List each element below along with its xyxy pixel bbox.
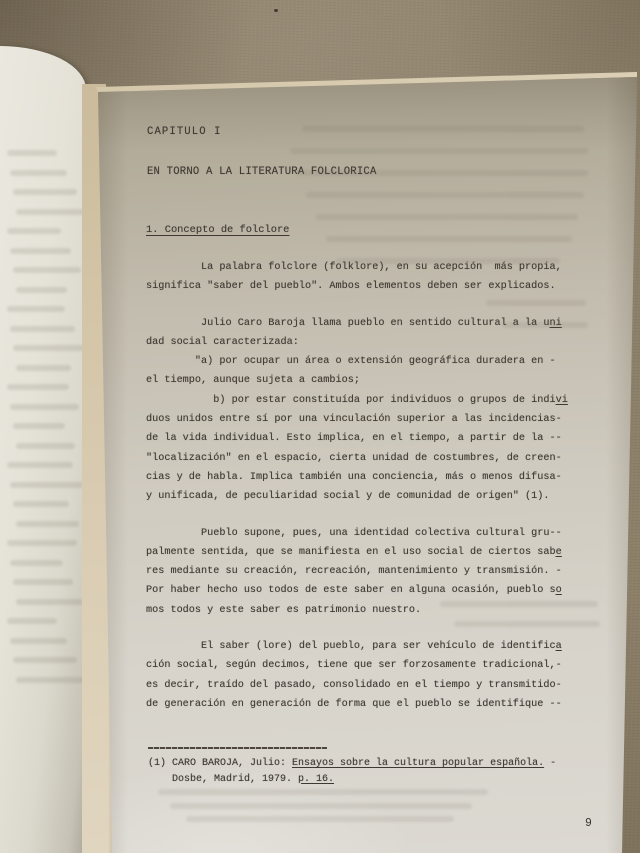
curled-page-edge xyxy=(0,46,86,853)
bleed-through-smudge xyxy=(158,789,488,795)
bleed-through-smudge xyxy=(7,462,73,468)
chapter-heading: CAPITULO I xyxy=(147,126,222,138)
bleed-through-smudge xyxy=(13,423,65,429)
text-line: (1) CARO BAROJA, Julio: Ensayos sobre la… xyxy=(148,756,556,772)
text-line: de la vida individual. Esto implica, en … xyxy=(146,429,568,448)
bleed-through-smudge xyxy=(7,306,65,312)
text-line: Dosbe, Madrid, 1979. p. 16. xyxy=(148,772,556,788)
bleed-through-smudge xyxy=(290,148,588,154)
bleed-through-smudge xyxy=(296,170,588,176)
text-line: duos unidos entre sí por una vinculación… xyxy=(146,410,568,429)
bleed-through-smudge xyxy=(10,560,63,566)
bleed-through-smudge xyxy=(7,618,57,624)
bleed-through-smudge xyxy=(10,404,79,410)
bleed-through-smudge xyxy=(16,287,67,293)
bleed-through-smudge xyxy=(486,300,586,306)
bleed-through-smudge xyxy=(336,258,560,264)
bleed-through-smudge xyxy=(16,443,75,449)
bleed-through-smudge xyxy=(13,267,81,273)
text-line: cias y de habla. Implica también una con… xyxy=(146,468,568,487)
text-line: Por haber hecho uso todos de este saber … xyxy=(146,581,568,600)
bleed-through-smudge xyxy=(302,126,584,132)
table-speck xyxy=(274,9,278,12)
text-line: ción social, según decimos, tiene que se… xyxy=(146,656,568,675)
text-line: de generación en generación de forma que… xyxy=(146,695,568,714)
text-line: el tiempo, aunque sujeta a cambios; xyxy=(146,371,568,390)
bleed-through-smudge xyxy=(10,482,83,488)
footnote: (1) CARO BAROJA, Julio: Ensayos sobre la… xyxy=(148,756,556,787)
paragraph: El saber (lore) del pueblo, para ser veh… xyxy=(146,637,568,714)
bleed-through-smudge xyxy=(454,621,600,627)
bleed-through-smudge xyxy=(316,214,578,220)
bleed-through-smudge xyxy=(16,521,79,527)
bleed-through-smudge xyxy=(306,192,584,198)
bleed-through-smudge xyxy=(10,326,75,332)
text-line: "a) por ocupar un área o extensión geogr… xyxy=(146,352,568,371)
text-line: dad social caracterizada: xyxy=(146,333,568,352)
text-line: "localización" en el espacio, cierta uni… xyxy=(146,449,568,468)
body-text: La palabra folclore (folklore), en su ac… xyxy=(146,258,568,731)
bleed-through-smudge xyxy=(13,345,85,351)
bleed-through-smudge xyxy=(7,384,69,390)
bleed-through-smudge xyxy=(7,228,61,234)
section-heading: 1. Concepto de folclore xyxy=(146,224,289,236)
bleed-through-smudge xyxy=(170,803,472,809)
bleed-through-smudge xyxy=(16,209,86,215)
bleed-through-smudge xyxy=(440,601,598,607)
bleed-through-smudge xyxy=(186,816,454,822)
bleed-through-smudge xyxy=(7,150,57,156)
bleed-through-smudge xyxy=(16,677,86,683)
bleed-through-smudge xyxy=(13,657,77,663)
bleed-through-smudge xyxy=(16,599,83,605)
bleed-through-smudge xyxy=(10,170,67,176)
text-line: y unificada, de peculiaridad social y de… xyxy=(146,487,568,506)
bleed-through-smudge xyxy=(10,638,67,644)
bleed-through-smudge xyxy=(16,365,71,371)
bleed-through-smudge xyxy=(13,501,69,507)
bleed-through-smudge xyxy=(326,236,572,242)
page-right-shadow xyxy=(606,0,640,853)
bleed-through-smudge xyxy=(10,248,71,254)
text-line: res mediante su creación, recreación, ma… xyxy=(146,562,568,581)
text-line: El saber (lore) del pueblo, para ser veh… xyxy=(146,637,568,656)
text-line: significa "saber del pueblo". Ambos elem… xyxy=(146,277,568,296)
bleed-through-smudge xyxy=(13,189,77,195)
bleed-through-smudge xyxy=(7,540,77,546)
text-line: b) por estar constituída por individuos … xyxy=(146,391,568,410)
text-line: es decir, traído del pasado, consolidado… xyxy=(146,676,568,695)
text-line: Pueblo supone, pues, una identidad colec… xyxy=(146,524,568,543)
footnote-rule xyxy=(148,747,327,749)
page-number: 9 xyxy=(585,817,592,830)
bleed-through-smudge xyxy=(502,322,588,328)
paragraph: Julio Caro Baroja llama pueblo en sentid… xyxy=(146,314,568,507)
text-line: palmente sentida, que se manifiesta en e… xyxy=(146,543,568,562)
book-photo: CAPITULO I EN TORNO A LA LITERATURA FOLC… xyxy=(0,0,640,853)
bleed-through-smudge xyxy=(13,579,73,585)
